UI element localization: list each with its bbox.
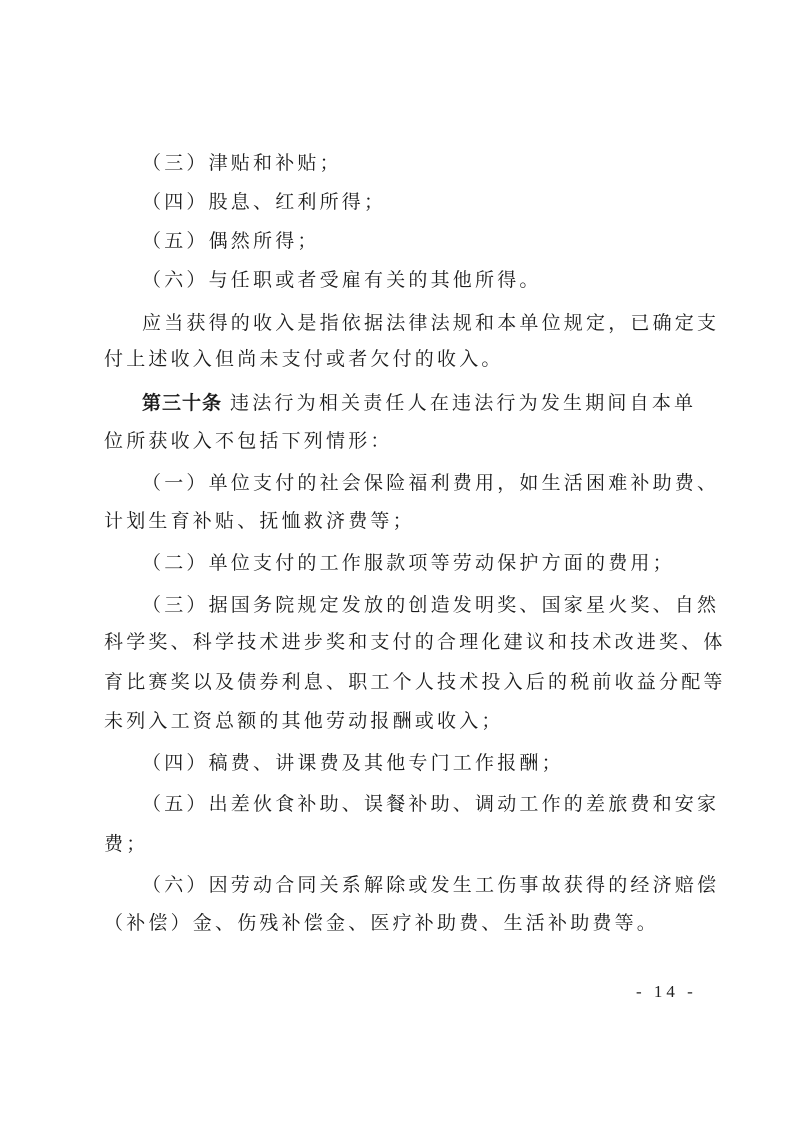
paragraph-line: 科学奖、科学技术进步奖和支付的合理化建议和技术改进奖、体 <box>104 627 694 657</box>
paragraph-line: （补偿）金、伤残补偿金、医疗补助费、生活补助费等。 <box>104 908 694 938</box>
paragraph-line: 育比赛奖以及债券利息、职工个人技术投入后的税前收益分配等 <box>104 667 694 697</box>
article-label: 第三十条 <box>142 392 222 414</box>
paragraph-line: 计划生育补贴、抚恤救济费等； <box>104 506 694 536</box>
article-heading-line: 第三十条违法行为相关责任人在违法行为发生期间自本单 <box>142 388 732 418</box>
list-item: （一）单位支付的社会保险福利费用，如生活困难补助费、 <box>142 468 732 498</box>
article-text: 违法行为相关责任人在违法行为发生期间自本单 <box>230 392 696 414</box>
list-item-incidental-income: （五）偶然所得； <box>142 226 732 256</box>
list-item: （二）单位支付的工作服款项等劳动保护方面的费用； <box>142 548 732 578</box>
list-item-employment-income: （六）与任职或者受雇有关的其他所得。 <box>142 265 732 295</box>
paragraph-line: 位所获收入不包括下列情形： <box>104 426 694 456</box>
paragraph-line: 应当获得的收入是指依据法律法规和本单位规定，已确定支 <box>142 308 732 338</box>
list-item: （三）据国务院规定发放的创造发明奖、国家星火奖、自然 <box>142 590 732 620</box>
page-number: - 14 - <box>636 982 697 1002</box>
paragraph-line: 费； <box>104 829 694 859</box>
list-item: （六）因劳动合同关系解除或发生工伤事故获得的经济赔偿 <box>142 870 732 900</box>
document-page: （三）津贴和补贴； （四）股息、红利所得； （五）偶然所得； （六）与任职或者受… <box>0 0 793 1122</box>
paragraph-line: 付上述收入但尚未支付或者欠付的收入。 <box>104 344 694 374</box>
paragraph-line: 未列入工资总额的其他劳动报酬或收入； <box>104 706 694 736</box>
list-item-dividends: （四）股息、红利所得； <box>142 187 732 217</box>
list-item: （四）稿费、讲课费及其他专门工作报酬； <box>142 748 732 778</box>
list-item: （五）出差伙食补助、误餐补助、调动工作的差旅费和安家 <box>142 789 732 819</box>
list-item-allowances: （三）津贴和补贴； <box>142 148 732 178</box>
